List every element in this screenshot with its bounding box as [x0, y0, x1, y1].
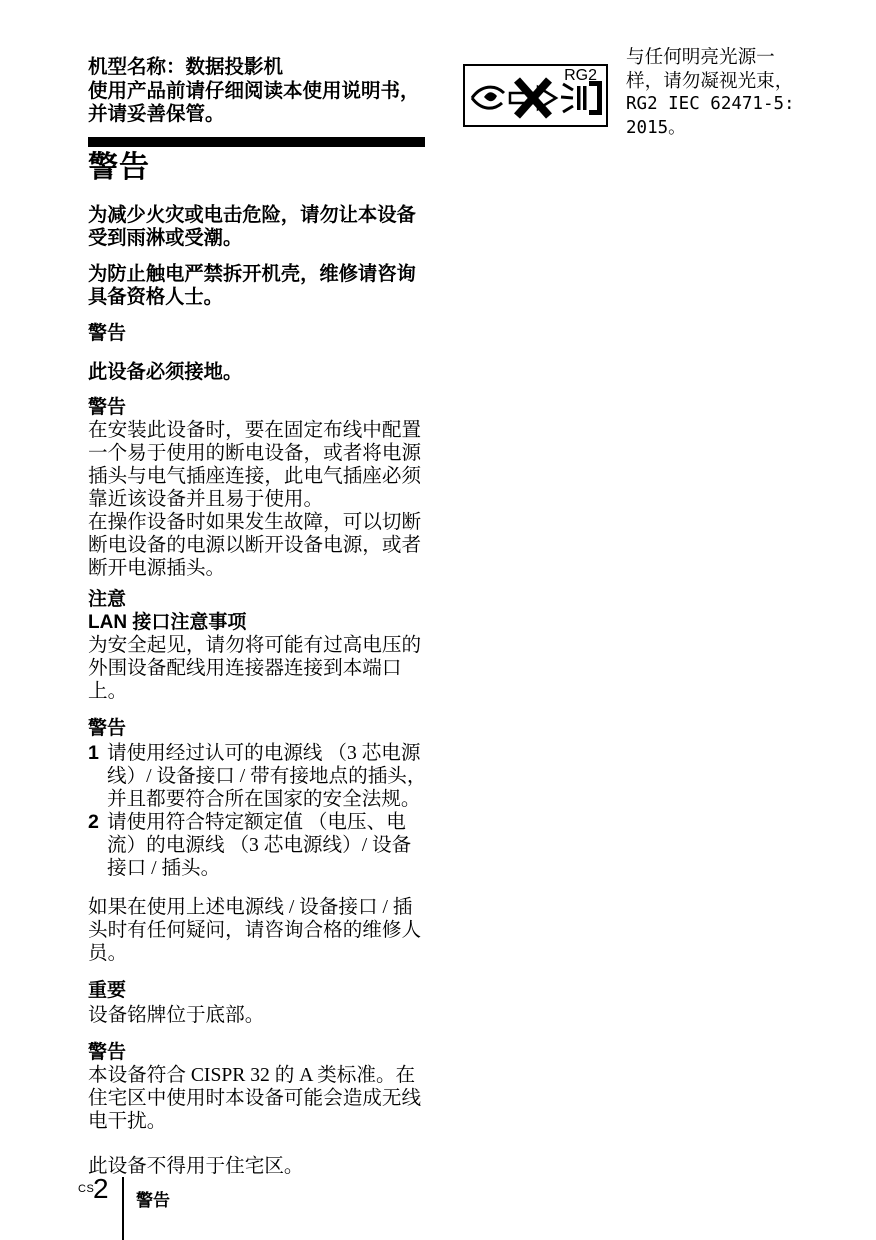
para-lan-notice: 为安全起见，请勿将可能有过高电压的外围设备配线用连接器连接到本端口上。	[88, 634, 428, 703]
rg2-warning-box: RG2	[463, 64, 608, 127]
para-fire-hazard: 为减少火灾或电击危险，请勿让本设备受到雨淋或受潮。	[88, 204, 428, 250]
rg2-caption-line: 与任何明亮光源一	[626, 46, 826, 70]
heading-important: 重要	[88, 979, 428, 1002]
footer-chapter-title: 警告	[136, 1186, 170, 1211]
heading-warning-3: 警告	[88, 717, 428, 740]
para-fault-disconnect: 在操作设备时如果发生故障，可以切断断电设备的电源以断开设备电源，或者断开电源插头…	[88, 511, 428, 580]
title-rule-bar	[88, 137, 425, 147]
para-no-disassembly: 为防止触电严禁拆开机壳，维修请咨询具备资格人士。	[88, 263, 428, 309]
para-grounding: 此设备必须接地。	[88, 361, 428, 384]
subheading-lan-port: LAN 接口注意事项	[88, 611, 428, 634]
list-item-number: 2	[88, 811, 107, 880]
heading-warning-1: 警告	[88, 322, 428, 345]
rg2-caption-line: RG2 IEC 62471-5:	[626, 93, 826, 117]
document-header: 机型名称：数据投影机 使用产品前请仔细阅读本使用说明书， 并请妥善保管。	[88, 56, 440, 127]
para-disconnect-device: 在安装此设备时，要在固定布线中配置一个易于使用的断电设备，或者将电源插头与电气插…	[88, 419, 428, 511]
header-model-line: 机型名称：数据投影机	[88, 56, 440, 80]
heading-warning-2: 警告	[88, 396, 428, 419]
page-title: 警告	[88, 149, 150, 187]
list-item: 1 请使用经过认可的电源线 （3 芯电源线）/ 设备接口 / 带有接地点的插头，…	[88, 742, 428, 811]
header-usage-line-1: 使用产品前请仔细阅读本使用说明书，	[88, 80, 440, 104]
content-column: 为减少火灾或电击危险，请勿让本设备受到雨淋或受潮。 为防止触电严禁拆开机壳，维修…	[88, 204, 428, 1178]
footer-lang-code: CS	[78, 1183, 94, 1195]
para-nameplate: 设备铭牌位于底部。	[88, 1004, 428, 1027]
para-not-residential: 此设备不得用于住宅区。	[88, 1155, 428, 1178]
para-cispr-class-a: 本设备符合 CISPR 32 的 A 类标准。在住宅区中使用时本设备可能会造成无…	[88, 1064, 428, 1133]
footer-page-number: 2	[93, 1174, 109, 1204]
rg2-caption-line: 样，请勿凝视光束，	[626, 70, 826, 94]
list-item-text: 请使用经过认可的电源线 （3 芯电源线）/ 设备接口 / 带有接地点的插头，并且…	[107, 742, 428, 811]
list-item-number: 1	[88, 742, 107, 811]
manual-page: 机型名称：数据投影机 使用产品前请仔细阅读本使用说明书， 并请妥善保管。 警告 …	[0, 0, 876, 1240]
footer-divider-rule	[122, 1177, 124, 1240]
para-cord-questions: 如果在使用上述电源线 / 设备接口 / 插头时有任何疑问，请咨询合格的维修人员。	[88, 896, 428, 965]
numbered-list: 1 请使用经过认可的电源线 （3 芯电源线）/ 设备接口 / 带有接地点的插头，…	[88, 742, 428, 880]
header-usage-line-2: 并请妥善保管。	[88, 103, 440, 127]
rg2-caption: 与任何明亮光源一 样，请勿凝视光束， RG2 IEC 62471-5: 2015…	[626, 46, 826, 140]
list-item-text: 请使用符合特定额定值 （电压、电流）的电源线 （3 芯电源线）/ 设备接口 / …	[107, 811, 428, 880]
heading-warning-4: 警告	[88, 1041, 428, 1064]
heading-caution: 注意	[88, 588, 428, 611]
rg2-no-stare-icon	[467, 72, 604, 122]
list-item: 2 请使用符合特定额定值 （电压、电流）的电源线 （3 芯电源线）/ 设备接口 …	[88, 811, 428, 880]
rg2-caption-line: 2015。	[626, 117, 826, 141]
